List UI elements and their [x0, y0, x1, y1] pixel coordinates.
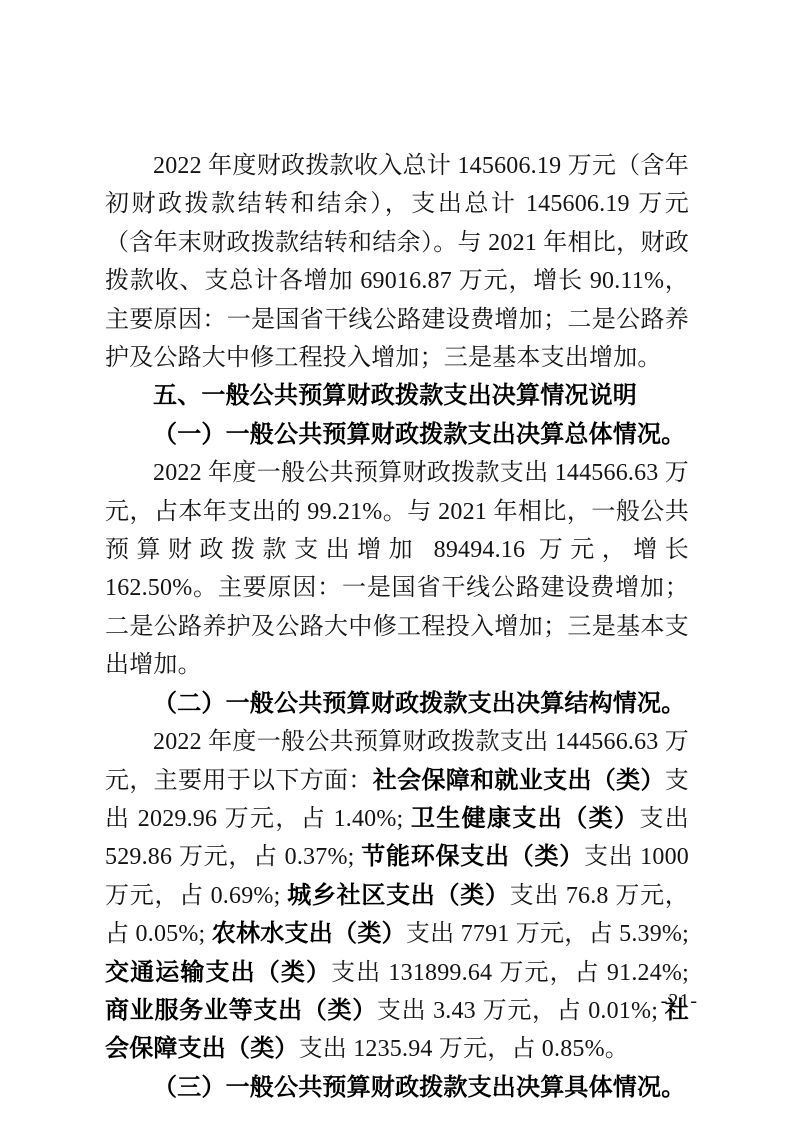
body-paragraph: 2022 年度一般公共预算财政拨款支出 144566.63 万元，主要用于以下方…	[105, 723, 689, 1069]
document-page: 2022 年度财政拨款收入总计 145606.19 万元（含年初财政拨款结转和结…	[0, 0, 793, 1122]
bold-term: 五、一般公共预算财政拨款支出决算情况说明	[153, 382, 637, 409]
bold-term: （三）一般公共预算财政拨款支出决算具体情况。	[153, 1074, 685, 1101]
section-heading: （二）一般公共预算财政拨款支出决算结构情况。	[105, 685, 689, 723]
bold-term: 社会保障和就业支出（类）	[373, 767, 665, 794]
body-paragraph: 2022 年度一般公共预算财政拨款支出 144566.63 万元，占本年支出的 …	[105, 454, 689, 684]
text-segment: 2022 年度财政拨款收入总计 145606.19 万元（含年初财政拨款结转和结…	[105, 153, 689, 371]
section-heading: （一）一般公共预算财政拨款支出决算总体情况。	[105, 416, 689, 454]
bold-term: 农林水支出（类）	[212, 920, 406, 947]
section-heading: （三）一般公共预算财政拨款支出决算具体情况。	[105, 1069, 689, 1107]
body-paragraph: 2022 年度财政拨款收入总计 145606.19 万元（含年初财政拨款结转和结…	[105, 147, 689, 377]
page-number: -21-	[661, 990, 698, 1013]
bold-term: 城乡社区支出（类）	[287, 882, 509, 909]
bold-term: 节能环保支出（类）	[361, 843, 584, 870]
section-heading: 五、一般公共预算财政拨款支出决算情况说明	[105, 377, 689, 415]
bold-term: 卫生健康支出（类）	[411, 805, 640, 832]
bold-term: 交通运输支出（类）	[105, 959, 331, 986]
text-segment: 支出 3.43 万元，占 0.01%;	[377, 998, 665, 1024]
bold-term: 商业服务业等支出（类）	[105, 997, 377, 1024]
bold-term: （一）一般公共预算财政拨款支出决算总体情况。	[153, 421, 685, 448]
text-segment: 支出 1235.94 万元，占 0.85%。	[299, 1036, 629, 1062]
bold-term: （二）一般公共预算财政拨款支出决算结构情况。	[153, 690, 685, 717]
text-segment: 2022 年度一般公共预算财政拨款支出 144566.63 万元，占本年支出的 …	[105, 460, 689, 678]
text-segment: 支出 131899.64 万元，占 91.24%;	[331, 960, 689, 986]
document-body: 2022 年度财政拨款收入总计 145606.19 万元（含年初财政拨款结转和结…	[105, 147, 689, 1107]
text-segment: 支出 7791 万元，占 5.39%;	[406, 921, 689, 947]
